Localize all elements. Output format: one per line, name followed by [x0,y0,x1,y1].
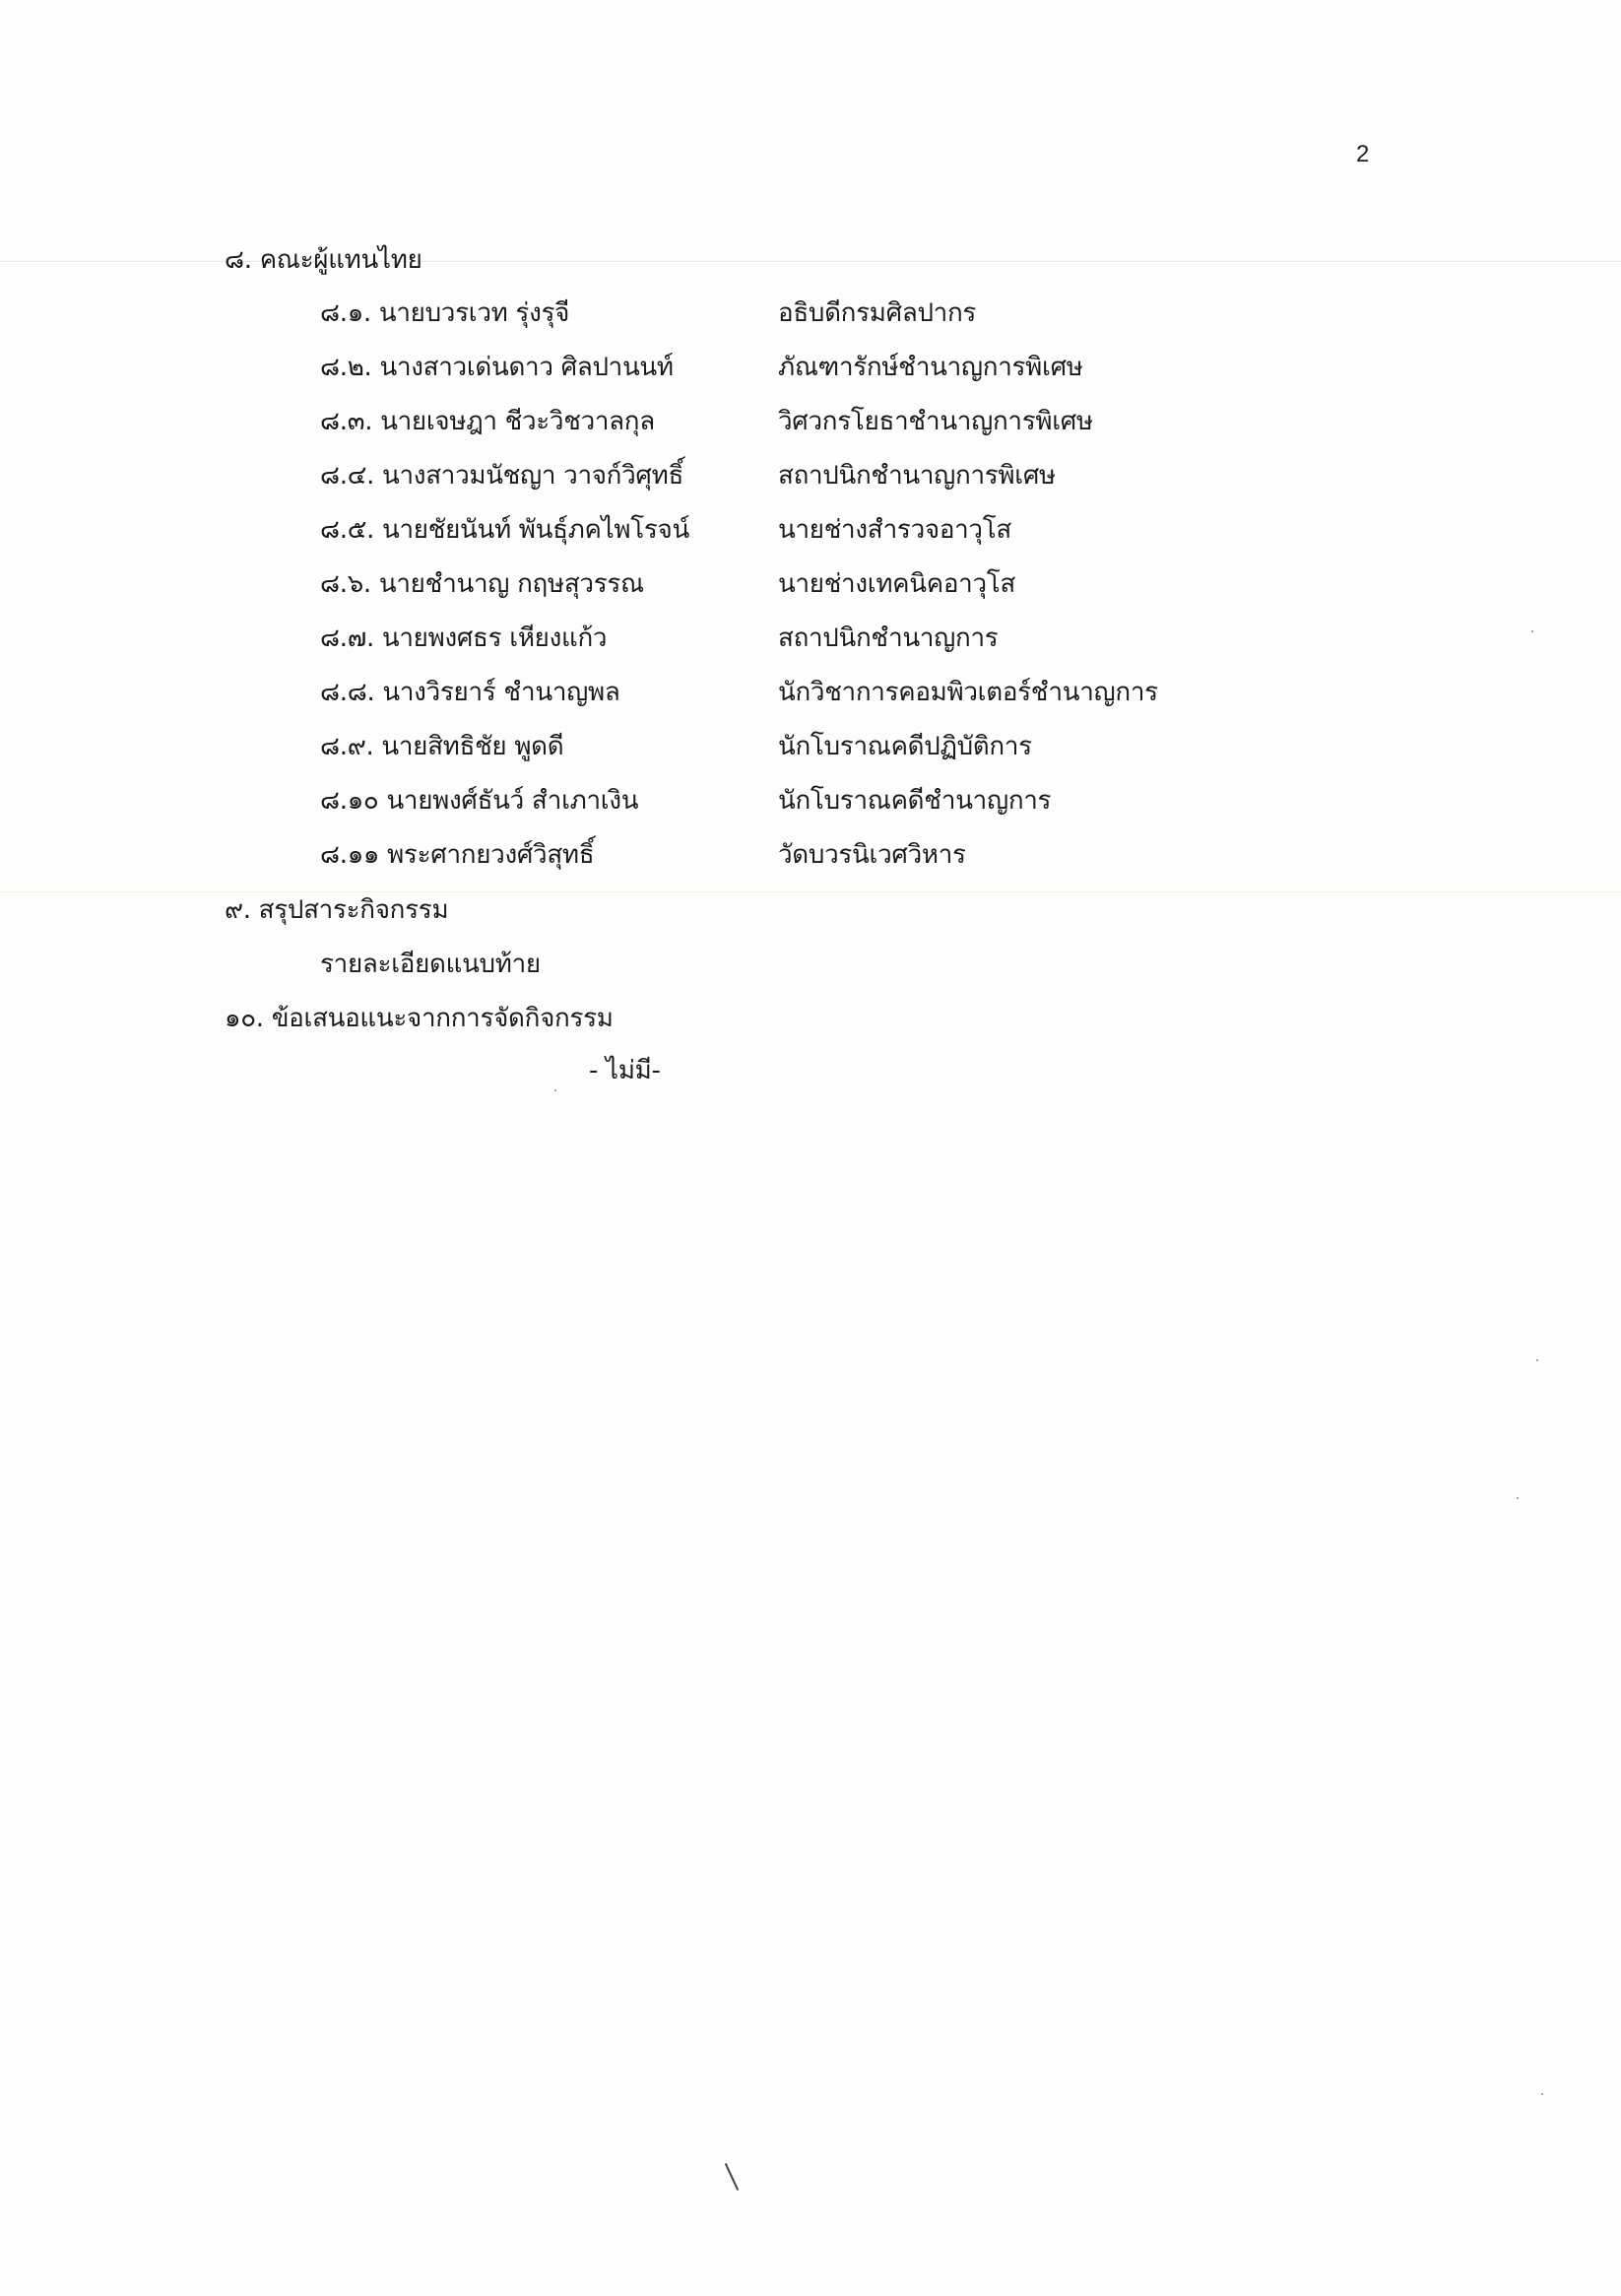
scan-speck [1517,1497,1519,1499]
member-position: อธิบดีกรมศิลปากร [778,295,976,331]
member-position: นายช่างเทคนิคอาวุโส [778,566,1015,602]
member-name: ๘.๖. นายชำนาญ กฤษสุวรรณ [320,566,644,602]
scan-speck [554,1089,556,1091]
member-name: ๘.๑. นายบวรเวท รุ่งรุจี [320,295,569,331]
section-8-heading: ๘. คณะผู้แทนไทย [225,242,422,278]
member-position: สถาปนิกชำนาญการพิเศษ [778,458,1056,493]
member-name: ๘.๕. นายชัยนันท์ พันธุ์ภคไพโรจน์ [320,512,689,548]
member-name: ๘.๓. นายเจษฎา ชีวะวิชวาลกุล [320,404,655,439]
member-position: นายช่างสำรวจอาวุโส [778,512,1011,548]
member-name: ๘.๗. นายพงศธร เหียงแก้ว [320,621,607,656]
member-position: วัดบวรนิเวศวิหาร [778,837,966,873]
section-9-body: รายละเอียดแนบท้าย [320,947,541,982]
section-9-heading: ๙. สรุปสาระกิจกรรม [225,892,448,928]
member-position: สถาปนิกชำนาญการ [778,621,998,656]
member-name: ๘.๙. นายสิทธิชัย พูดดี [320,729,563,764]
scan-speck [1531,630,1533,632]
member-position: นักโบราณคดีปฏิบัติการ [778,729,1032,764]
member-name: ๘.๑๑ พระศากยวงศ์วิสุทธิ์ [320,837,594,873]
member-position: ภัณฑารักษ์ชำนาญการพิเศษ [778,350,1083,385]
member-name: ๘.๒. นางสาวเด่นดาว ศิลปานนท์ [320,350,674,385]
section-10-body: - ไม่มี- [589,1053,661,1088]
section-10-heading: ๑๐. ข้อเสนอแนะจากการจัดกิจกรรม [225,1001,614,1036]
member-position: วิศวกรโยธาชำนาญการพิเศษ [778,404,1093,439]
scan-speck [1541,2093,1543,2095]
page-number: 2 [1356,141,1369,168]
member-name: ๘.๘. นางวิรยาร์ ชำนาญพล [320,675,619,710]
member-position: นักโบราณคดีชำนาญการ [778,783,1051,819]
scan-speck [1536,1359,1538,1361]
member-position: นักวิชาการคอมพิวเตอร์ชำนาญการ [778,675,1158,710]
scan-artifact-mark [725,2163,739,2191]
member-name: ๘.๔. นางสาวมนัชญา วาจก์วิศุทธิ์ [320,458,683,493]
member-name: ๘.๑๐ นายพงศ์ธันว์ สำเภาเงิน [320,783,638,819]
